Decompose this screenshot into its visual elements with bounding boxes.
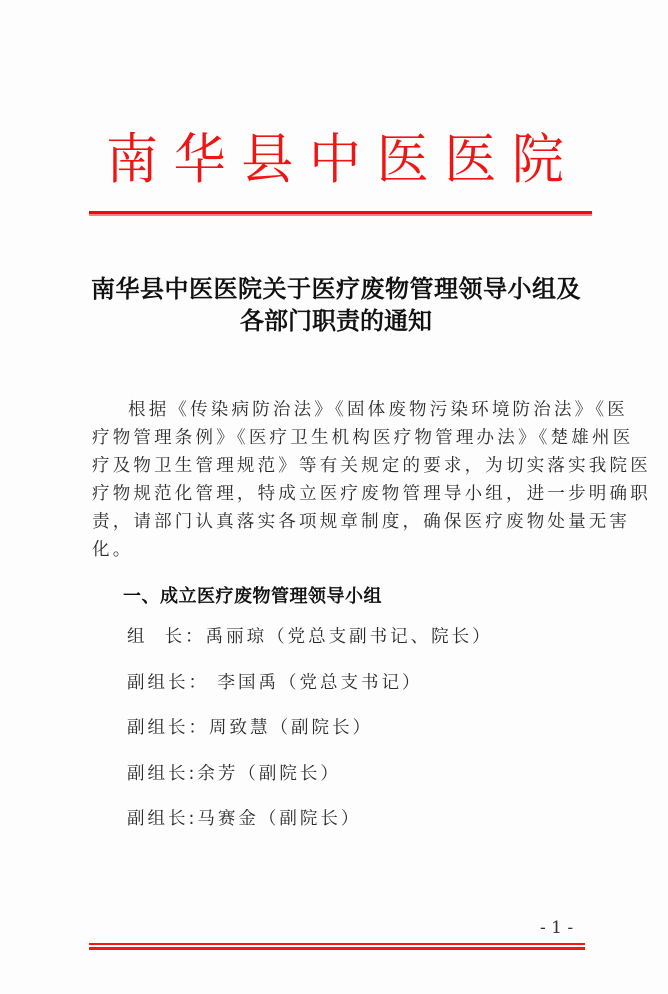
member-line-deputy: 副组长:马赛金（副院长） xyxy=(127,808,361,830)
masthead-char: 医 xyxy=(371,126,435,193)
footer-rule-thin xyxy=(89,943,585,945)
masthead-divider xyxy=(89,211,592,214)
body-paragraph-line: 化。 xyxy=(92,539,582,561)
document-page: 南 华 县 中 医 医 院 南华县中医医院关于医疗废物管理领导小组及 各部门职责… xyxy=(0,0,668,994)
page-number: - 1 - xyxy=(540,918,573,938)
masthead-char: 院 xyxy=(506,126,570,193)
document-title-line-2: 各部门职责的通知 xyxy=(80,301,592,336)
body-paragraph-line: 疗及物卫生管理规范》等有关规定的要求，为切实落实我院医 xyxy=(92,455,582,477)
member-line-leader: 组 长：禹丽琼（党总支副书记、院长） xyxy=(127,626,493,648)
footer-rule-thick xyxy=(89,947,585,950)
masthead-hospital-name: 南 华 县 中 医 医 院 xyxy=(100,126,570,193)
member-line-deputy: 副组长:余芳（副院长） xyxy=(127,763,341,785)
masthead-char: 中 xyxy=(303,126,367,193)
masthead-char: 医 xyxy=(438,126,502,193)
member-line-deputy: 副组长： 李国禹（党总支书记） xyxy=(127,672,423,694)
member-line-deputy: 副组长：周致慧（副院长） xyxy=(127,717,373,739)
footer-double-rule xyxy=(89,943,585,951)
body-paragraph-line: 根据《传染病防治法》《固体废物污染环境防治法》《医 xyxy=(128,399,618,421)
body-paragraph-line: 责，请部门认真落实各项规章制度，确保医疗废物处量无害 xyxy=(92,511,582,533)
section-heading: 一、成立医疗废物管理领导小组 xyxy=(123,582,382,608)
document-title-line-1: 南华县中医医院关于医疗废物管理领导小组及 xyxy=(80,269,592,304)
masthead-char: 华 xyxy=(168,126,232,193)
masthead-char: 南 xyxy=(100,126,164,193)
masthead-char: 县 xyxy=(235,126,299,193)
body-paragraph-line: 疗物规范化管理，特成立医疗废物管理导小组，进一步明确职 xyxy=(92,483,582,505)
body-paragraph-line: 疗物管理条例》《医疗卫生机构医疗物管理办法》《楚雄州医 xyxy=(92,427,582,449)
